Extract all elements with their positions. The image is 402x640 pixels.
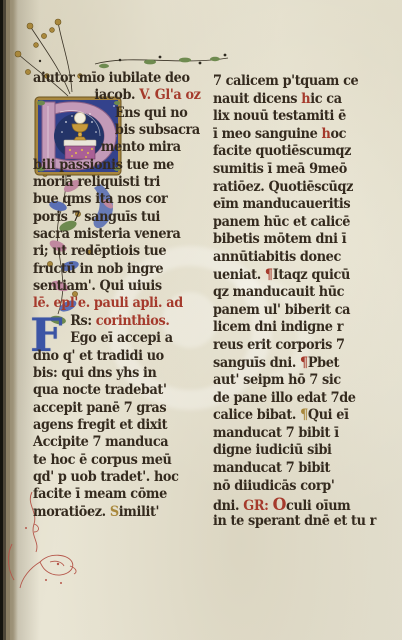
text-line: sanguīs dni. ¶Pbet xyxy=(213,355,386,373)
text-line: ī meo sanguine hoc xyxy=(213,126,386,144)
text-line: digne iudiciū sibi xyxy=(213,442,386,460)
text-line: aut' seipm hō 7 sic xyxy=(213,372,386,390)
text-line: qz manducauit hūc xyxy=(213,284,386,302)
text-line: bili passionis tue me xyxy=(33,157,202,174)
text-column-right: 7 calicem p'tquam cenauit dicens hic cal… xyxy=(213,73,399,530)
text-line: ri; ut redēptiois tue xyxy=(33,243,202,260)
text-line: poris 7 sanguīs tui xyxy=(33,209,202,226)
text-line: annūtiabitis donec xyxy=(213,249,386,267)
text-line: agens fregit et dixit xyxy=(33,417,202,434)
text-line: dni. GR: Oculi oīum xyxy=(213,495,386,513)
text-line: licem dni indigne r xyxy=(213,319,386,337)
text-line: bis: qui dns yhs in xyxy=(33,365,202,382)
text-line: panem hūc et calicē xyxy=(213,214,386,232)
text-line: Accipite 7 manduca xyxy=(33,434,202,451)
text-line: moratiōez. Similit' xyxy=(33,504,202,521)
text-line: bibetis mōtem dni ī xyxy=(213,231,386,249)
text-line: ueniat. ¶Itaqz quicū xyxy=(213,267,386,285)
manuscript-page: F aiutor mīo iubilate deoiacob. V. Gl'a … xyxy=(0,0,402,640)
text-line: panem ul' biberit ca xyxy=(213,302,386,320)
text-line: nauit dicens hic ca xyxy=(213,91,386,109)
text-line: lē. epl'e. pauli apli. ad xyxy=(33,295,202,312)
text-line: in te sperant dnē et tu r xyxy=(213,513,386,531)
text-line: bue qms ita nos cor xyxy=(33,191,202,208)
text-line: qua nocte tradebat' xyxy=(33,382,202,399)
text-line: fructū in nob ingre xyxy=(33,261,202,278)
text-line: manducat 7 bibit ī xyxy=(213,425,386,443)
text-line: de pane illo edat 7de xyxy=(213,390,386,408)
text-line: Rs: corinthios. xyxy=(33,313,202,330)
text-line: moriā reliquisti tri xyxy=(33,174,202,191)
text-line: nō diiudicās corp' xyxy=(213,478,386,496)
text-line: facite quotiēscumqz xyxy=(213,143,386,161)
text-line: calice bibat. ¶Qui eī xyxy=(213,407,386,425)
text-line: sacra misteria venera xyxy=(33,226,202,243)
text-line: lix nouū testamiti ē xyxy=(213,108,386,126)
text-line: facite ī meam cōme xyxy=(33,486,202,503)
text-line: reus erit corporis 7 xyxy=(213,337,386,355)
text-column-left: aiutor mīo iubilate deoiacob. V. Gl'a oz… xyxy=(33,70,215,521)
text-line: accepit panē 7 gras xyxy=(33,400,202,417)
text-line: eīm manducaueritis xyxy=(213,196,386,214)
text-line: aiutor mīo iubilate deo xyxy=(33,70,202,87)
text-line: sumitis ī meā 9meō xyxy=(213,161,386,179)
text-line: dno q' et tradidi uo xyxy=(33,348,202,365)
text-line: qd' p uob tradet'. hoc xyxy=(33,469,202,486)
text-line: sentiam'. Qui uiuis xyxy=(33,278,202,295)
text-line: Ens qui no xyxy=(33,105,202,122)
text-line: ratiōez. Quotiēscūqz xyxy=(213,179,386,197)
text-line: manducat 7 bibit xyxy=(213,460,386,478)
text-line: Ego eī accepi a xyxy=(33,330,202,347)
text-line: mento mira xyxy=(33,139,202,156)
text-line: bis subsacra xyxy=(33,122,202,139)
text-line: iacob. V. Gl'a oz xyxy=(33,87,202,104)
text-line: 7 calicem p'tquam ce xyxy=(213,73,386,91)
text-line: te hoc ē corpus meū xyxy=(33,452,202,469)
